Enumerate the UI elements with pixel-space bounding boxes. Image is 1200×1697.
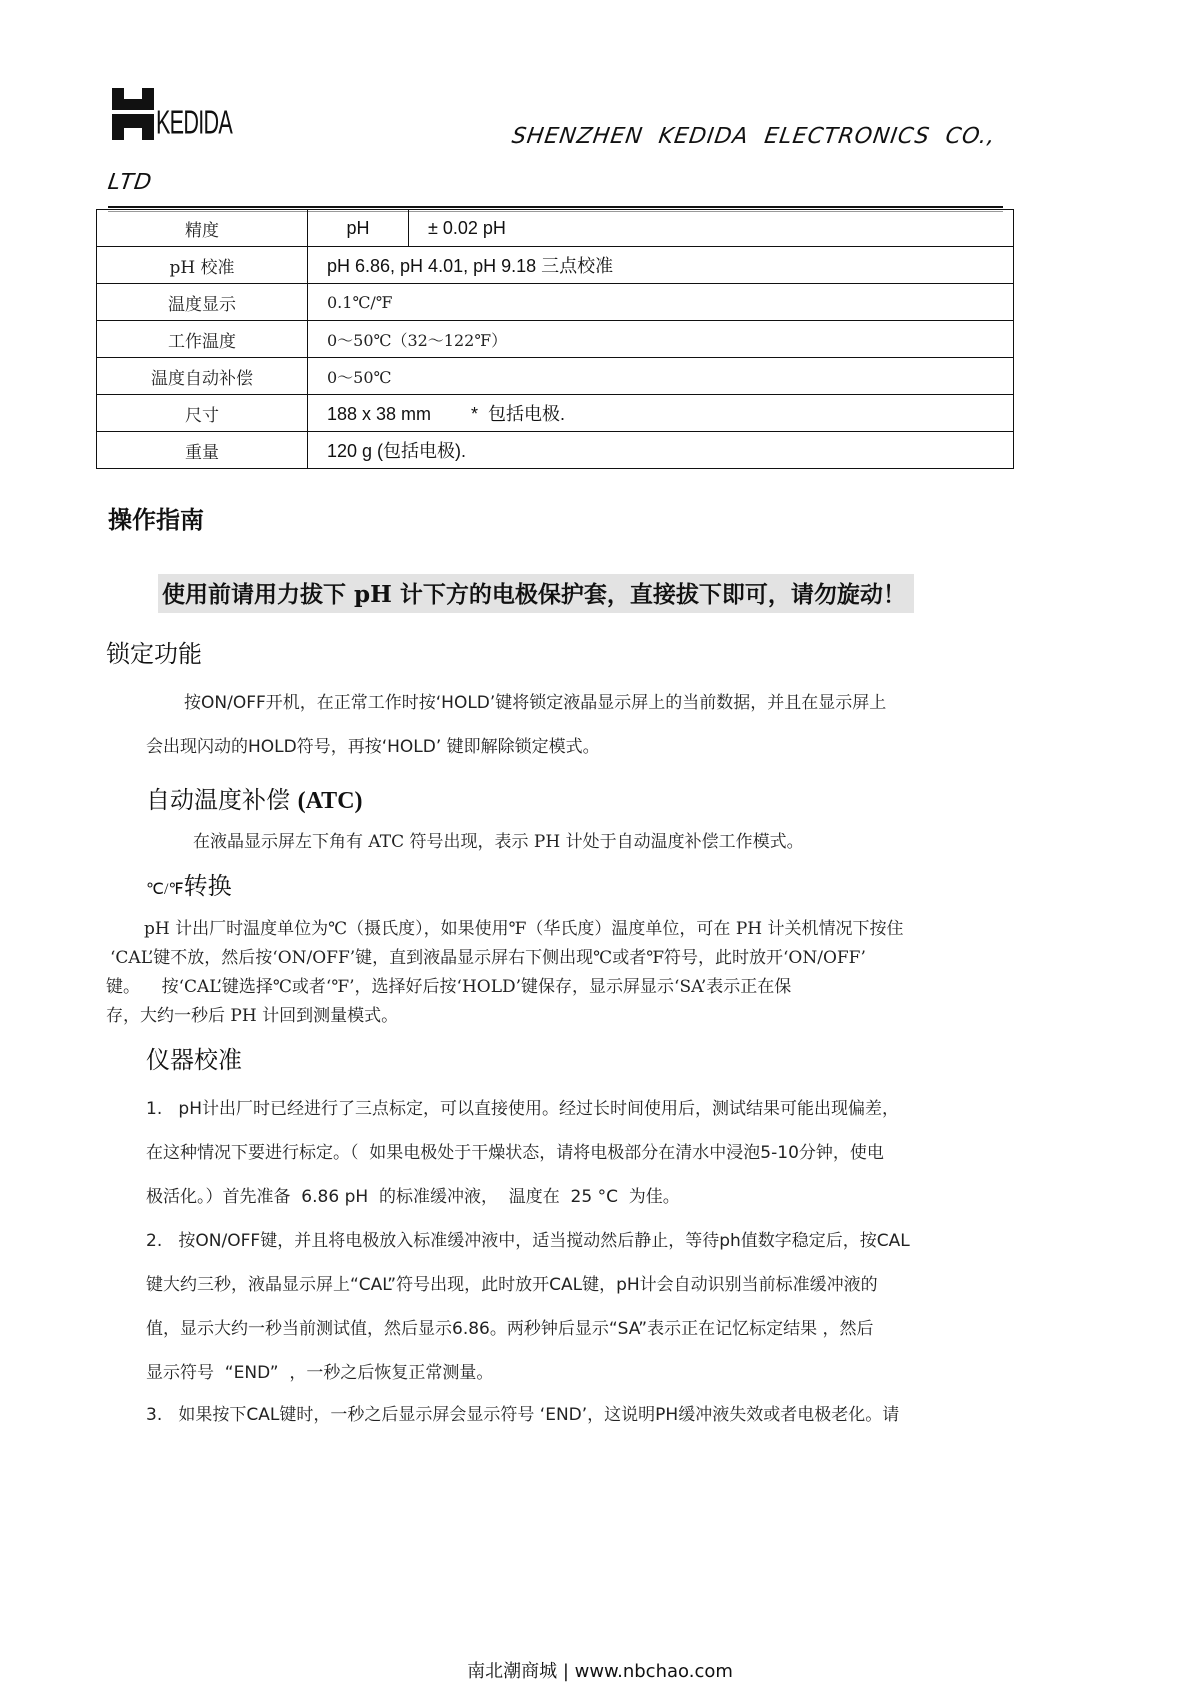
- spec-label: 重量: [97, 432, 308, 469]
- spec-value: pH 6.86, pH 4.01, pH 9.18 三点校准: [308, 247, 1014, 284]
- list-item-line: 键大约三秒，液晶显示屏上“CAL”符号出现，此时放开CAL键，pH计会自动识别当…: [146, 1270, 878, 1295]
- list-item-line: 2. 按ON/OFF键，并且将电极放入标准缓冲液中，适当搅动然后静止，等待ph值…: [146, 1226, 910, 1251]
- company-logo: KEDIDA: [112, 88, 262, 140]
- guide-title: 操作指南: [108, 500, 204, 535]
- warning-banner: 使用前请用力拔下 pH 计下方的电极保护套，直接拔下即可，请勿旋动！: [158, 574, 914, 613]
- spec-value: 0～50℃: [308, 358, 1014, 395]
- spec-label: 精度: [97, 210, 308, 247]
- list-item-line: 3. 如果按下CAL键时，一秒之后显示屏会显示符号 ‘END’，这说明PH缓冲液…: [146, 1400, 899, 1425]
- list-item-line: 显示符号 “END” ，一秒之后恢复正常测量。: [146, 1358, 493, 1383]
- spec-label: 温度自动补偿: [97, 358, 308, 395]
- company-name-suffix: LTD: [106, 170, 154, 195]
- paragraph-line: 存，大约一秒后 PH 计回到测量模式。: [106, 1001, 398, 1026]
- section-title-atc-cn: 自动温度补偿: [146, 786, 290, 814]
- spec-label: 工作温度: [97, 321, 308, 358]
- table-row: 精度 pH ± 0.02 pH: [97, 210, 1014, 247]
- table-row: 温度显示 0.1℃/℉: [97, 284, 1014, 321]
- list-item-line: 1. pH计出厂时已经进行了三点标定，可以直接使用。经过长时间使用后，测试结果可…: [146, 1094, 899, 1119]
- footer-watermark: 南北潮商城 | www.nbchao.com: [0, 1657, 1200, 1683]
- logo-mark-icon: [112, 88, 154, 140]
- list-item-line: 极活化。）首先准备 6.86 pH 的标准缓冲液， 温度在 25 °C 为佳。: [146, 1182, 680, 1207]
- paragraph-line: 键。 按‘CAL’键选择℃或者‘℉’，选择好后按‘HOLD’键保存，显示屏显示‘…: [106, 972, 791, 997]
- section-title-unit-symbol: ℃/℉: [146, 881, 184, 898]
- spec-value: ± 0.02 pH: [409, 210, 1014, 247]
- table-row: 尺寸 188 x 38 mm * 包括电极.: [97, 395, 1014, 432]
- table-row: 温度自动补偿 0～50℃: [97, 358, 1014, 395]
- paragraph-line: 在液晶显示屏左下角有 ATC 符号出现，表示 PH 计处于自动温度补偿工作模式。: [193, 827, 804, 852]
- section-title-atc: 自动温度补偿 (ATC): [146, 780, 363, 815]
- spec-value: 188 x 38 mm * 包括电极.: [308, 395, 1014, 432]
- paragraph-line: 按ON/OFF开机，在正常工作时按‘HOLD’键将锁定液晶显示屏上的当前数据，并…: [184, 688, 886, 713]
- section-title-atc-en: (ATC): [298, 788, 363, 814]
- logo-text: KEDIDA: [156, 107, 232, 140]
- table-row: 重量 120 g (包括电极).: [97, 432, 1014, 469]
- spec-value: 120 g (包括电极).: [308, 432, 1014, 469]
- list-item-line: 值，显示大约一秒当前测试值，然后显示6.86。两秒钟后显示“SA”表示正在记忆标…: [146, 1314, 874, 1339]
- spec-unit: pH: [308, 210, 409, 247]
- spec-label: pH 校准: [97, 247, 308, 284]
- section-title-lock: 锁定功能: [106, 634, 202, 669]
- section-title-calibration: 仪器校准: [146, 1040, 242, 1075]
- spec-table: 精度 pH ± 0.02 pH pH 校准 pH 6.86, pH 4.01, …: [96, 209, 1014, 469]
- table-row: 工作温度 0～50℃（32～122℉）: [97, 321, 1014, 358]
- company-name: SHENZHEN KEDIDA ELECTRONICS CO.,: [510, 124, 997, 149]
- paragraph-line: pH 计出厂时温度单位为℃（摄氏度），如果使用℉（华氏度）温度单位，可在 PH …: [144, 914, 904, 939]
- paragraph-line: 会出现闪动的HOLD符号，再按‘HOLD’ 键即解除锁定模式。: [146, 732, 600, 757]
- section-title-unit-cn: 转换: [184, 872, 232, 900]
- paragraph-line: ‘CAL’键不放，然后按‘ON/OFF’键，直到液晶显示屏右下侧出现℃或者℉符号…: [110, 943, 866, 968]
- spec-label: 尺寸: [97, 395, 308, 432]
- spec-label: 温度显示: [97, 284, 308, 321]
- spec-value: 0～50℃（32～122℉）: [308, 321, 1014, 358]
- table-row: pH 校准 pH 6.86, pH 4.01, pH 9.18 三点校准: [97, 247, 1014, 284]
- spec-value: 0.1℃/℉: [308, 284, 1014, 321]
- section-title-unit-switch: ℃/℉转换: [146, 866, 232, 901]
- list-item-line: 在这种情况下要进行标定。（ 如果电极处于干燥状态，请将电极部分在清水中浸泡5-1…: [146, 1138, 884, 1163]
